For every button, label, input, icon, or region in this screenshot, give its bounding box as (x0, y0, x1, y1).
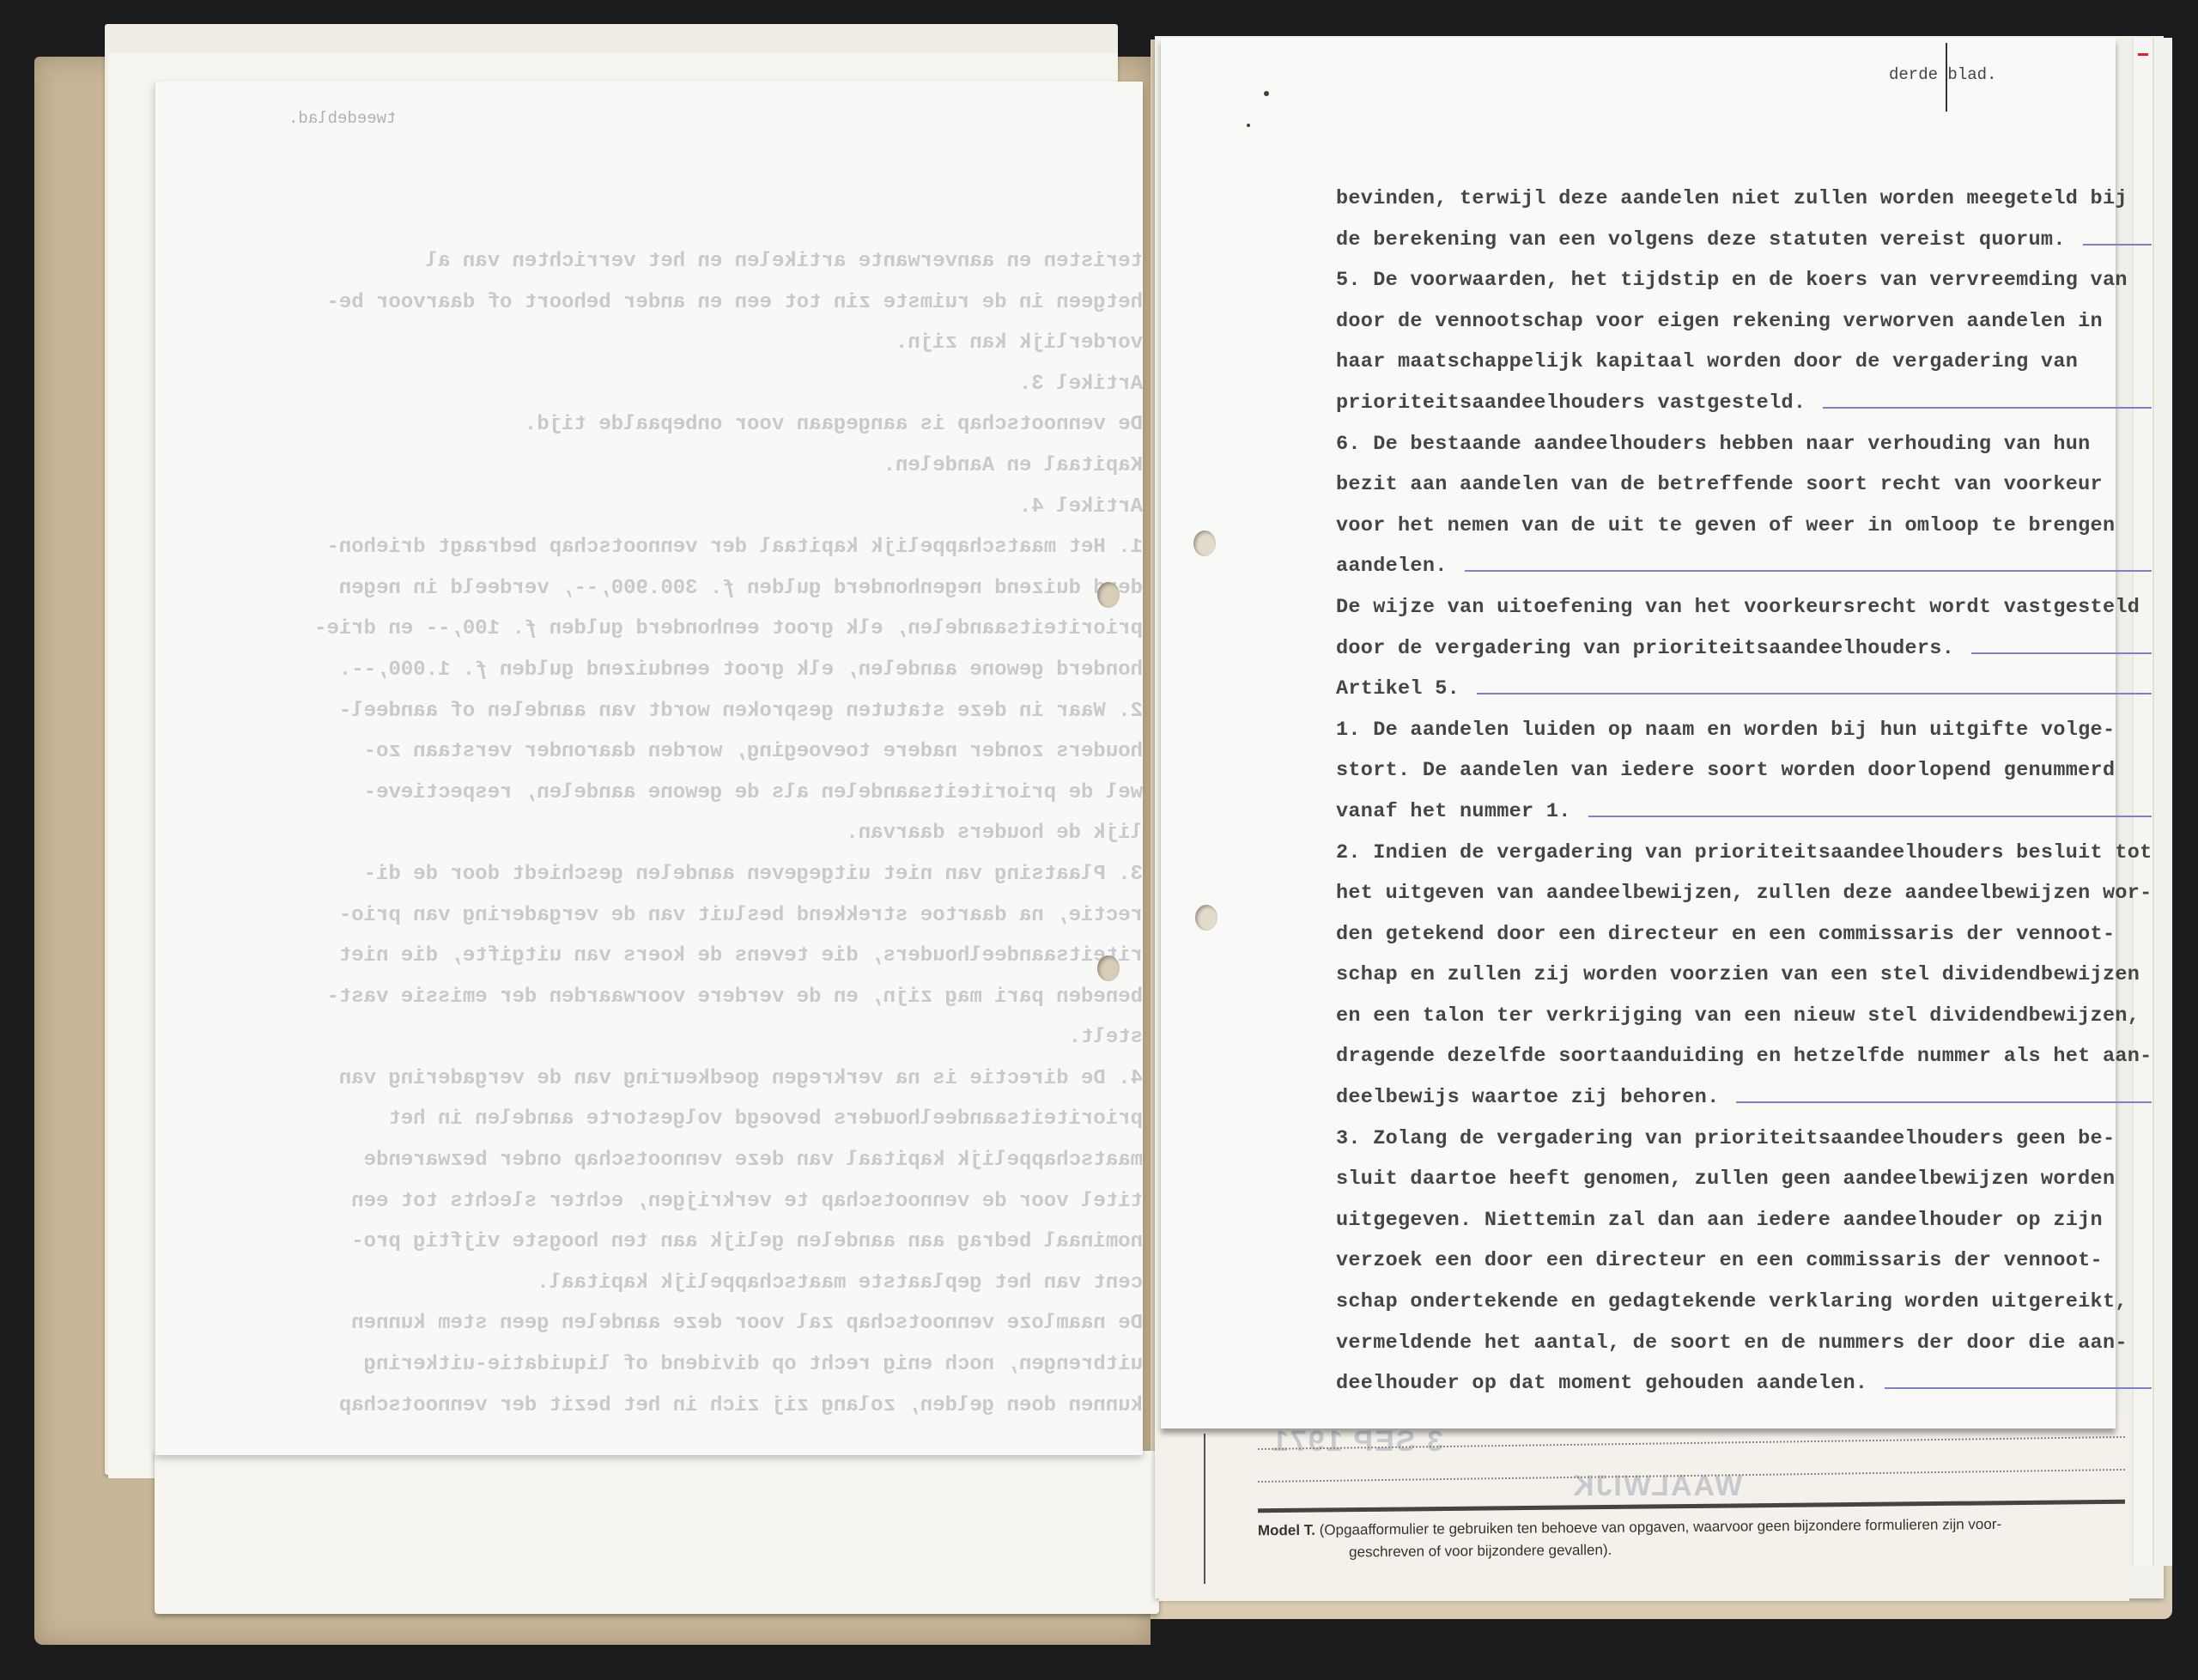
pen-fill-rule (1736, 1101, 2152, 1103)
speck (1264, 91, 1269, 96)
mirrored-line: maatschappelijk kapitaal van deze vennoo… (258, 1140, 1143, 1181)
mirrored-line: stelt. (258, 1017, 1143, 1058)
punch-hole (1097, 582, 1120, 608)
text-line-content: bevinden, terwijl deze aandelen niet zul… (1336, 187, 2128, 210)
text-line-content: uitgegeven. Niettemin zal dan aan iedere… (1336, 1209, 2103, 1232)
text-line: het uitgeven van aandeelbewijzen, zullen… (1336, 873, 2126, 914)
mirrored-line: honderd gewone aandelen, elk groot eendu… (258, 650, 1143, 691)
text-line-content: 2. Indien de vergadering van prioriteits… (1336, 841, 2152, 864)
mirrored-line: beneden pari mag zijn, en de verdere voo… (258, 977, 1143, 1018)
form-margin-rule (1204, 1434, 1205, 1584)
red-tab-mark (2138, 53, 2148, 56)
text-line-content: den getekend door een directeur en een c… (1336, 923, 2115, 946)
punch-hole (1195, 905, 1217, 931)
mirrored-line: 1. Het maatschappelijk kapitaal der venn… (258, 527, 1143, 568)
mirrored-lines: teristen en aanverwante artikelen en het… (258, 241, 1143, 1426)
text-line: bevinden, terwijl deze aandelen niet zul… (1336, 179, 2126, 220)
text-line: haar maatschappelijk kapitaal worden doo… (1336, 342, 2126, 383)
mirrored-line: titel voor de vennootschap te verkrijgen… (258, 1181, 1143, 1222)
pen-fill-rule (1971, 652, 2152, 654)
text-line: uitgegeven. Niettemin zal dan aan iedere… (1336, 1200, 2126, 1241)
form-caption: Model T. (Opgaafformulier te gebruiken t… (1258, 1513, 2125, 1565)
mirrored-line: riteitsaandeelhouders, die tevens de koe… (258, 936, 1143, 977)
text-line-content: deelhouder op dat moment gehouden aandel… (1336, 1372, 1867, 1395)
text-line: prioriteitsaandeelhouders vastgesteld. (1336, 383, 2126, 424)
mirrored-line: Kapitaal en Aandelen. (258, 446, 1143, 487)
punch-hole (1193, 531, 1216, 556)
pen-fill-rule (1477, 693, 2152, 694)
text-line: aandelen. (1336, 546, 2126, 587)
text-line-content: 3. Zolang de vergadering van prioriteits… (1336, 1127, 2115, 1150)
text-line-content: sluit daartoe heeft genomen, zullen geen… (1336, 1168, 2115, 1191)
text-line-content: door de vennootschap voor eigen rekening… (1336, 310, 2103, 333)
text-line-content: stort. De aandelen van iedere soort word… (1336, 759, 2115, 782)
text-line-content: vanaf het nummer 1. (1336, 800, 1571, 823)
mirrored-line: prioriteitsaandelen, elk groot eenhonder… (258, 609, 1143, 650)
text-line: 2. Indien de vergadering van prioriteits… (1336, 833, 2126, 874)
text-line-content: deelbewijs waartoe zij behoren. (1336, 1086, 1719, 1109)
text-line-content: schap en zullen zij worden voorzien van … (1336, 963, 2140, 986)
mirrored-line: rectie, na daartoe strekkend besluit van… (258, 895, 1143, 937)
mirrored-line: prioriteitsaandeelhouders bevoegd volges… (258, 1099, 1143, 1140)
mirrored-line: 2. Waar in deze statuten gesproken wordt… (258, 691, 1143, 732)
mirrored-bleed-through-text: tweedeblad. teristen en aanverwante arti… (155, 82, 1143, 1455)
form-model-label: Model T. (1258, 1522, 1315, 1539)
mirrored-line: hetgeen in de ruimste zin tot een en and… (258, 282, 1143, 324)
speck (1247, 124, 1250, 127)
mirrored-line: derd duizend negenhonderd gulden ƒ. 300.… (258, 568, 1143, 610)
text-line: 3. Zolang de vergadering van prioriteits… (1336, 1119, 2126, 1160)
mirrored-line: Artikel 4. (258, 487, 1143, 528)
text-line: De wijze van uitoefening van het voorkeu… (1336, 587, 2126, 628)
text-line: stort. De aandelen van iedere soort word… (1336, 750, 2126, 791)
text-line-content: de berekening van een volgens deze statu… (1336, 228, 2066, 252)
mirrored-line: kunnen doen gelden, zolang zij zich in h… (258, 1386, 1143, 1427)
form-caption-line2: geschreven of voor bijzondere gevallen). (1258, 1535, 2125, 1565)
right-page-header: derde blad. (1889, 65, 1996, 84)
text-line: vermeldende het aantal, de soort en de n… (1336, 1323, 2126, 1364)
mirrored-line: cent van het geplaatste maatschappelijk … (258, 1263, 1143, 1304)
text-line: de berekening van een volgens deze statu… (1336, 220, 2126, 261)
text-line-content: door de vergadering van prioriteitsaande… (1336, 637, 1954, 660)
mirrored-line: nominaal bedrag aan aandelen gelijk aan … (258, 1222, 1143, 1263)
stamp-ghost-date: 3 SEP 1971 (1271, 1425, 1443, 1459)
left-page-header: tweedeblad. (288, 109, 396, 128)
text-line-content: het uitgeven van aandeelbewijzen, zullen… (1336, 882, 2152, 905)
mirrored-line: uitbrengen, noch enig recht op dividend … (258, 1344, 1143, 1386)
text-line-content: prioriteitsaandeelhouders vastgesteld. (1336, 391, 1806, 415)
text-line: deelhouder op dat moment gehouden aandel… (1336, 1363, 2126, 1404)
pen-fill-rule (1823, 407, 2152, 409)
mirrored-line: lijk de houders daarvan. (258, 813, 1143, 854)
text-line: door de vennootschap voor eigen rekening… (1336, 301, 2126, 343)
text-line: deelbewijs waartoe zij behoren. (1336, 1077, 2126, 1119)
form-caption-line1: (Opgaafformulier te gebruiken ten behoev… (1320, 1516, 2002, 1538)
text-line-content: bezit aan aandelen van de betreffende so… (1336, 473, 2103, 496)
text-line: 1. De aandelen luiden op naam en worden … (1336, 710, 2126, 751)
text-line-content: en een talon ter verkrijging van een nie… (1336, 1004, 2140, 1028)
text-line-content: dragende dezelfde soortaanduiding en het… (1336, 1045, 2152, 1068)
text-line-content: voor het nemen van de uit te geven of we… (1336, 514, 2115, 537)
text-line-content: aandelen. (1336, 555, 1448, 578)
text-line: schap en zullen zij worden voorzien van … (1336, 955, 2126, 996)
pen-fill-rule (1885, 1387, 2152, 1389)
text-line: 6. De bestaande aandeelhouders hebben na… (1336, 424, 2126, 465)
pen-fill-rule (2083, 244, 2152, 246)
left-bottom-sheet (155, 1451, 1159, 1614)
text-line: den getekend door een directeur en een c… (1336, 914, 2126, 955)
text-line-content: Artikel 5. (1336, 677, 1460, 701)
pen-fill-rule (1465, 570, 2152, 572)
pen-fill-rule (1588, 816, 2152, 817)
text-line: vanaf het nummer 1. (1336, 791, 2126, 833)
right-page-sheet: derde blad. bevinden, terwijl deze aande… (1161, 38, 2116, 1428)
text-line-content: vermeldende het aantal, de soort en de n… (1336, 1331, 2128, 1355)
text-line-content: verzoek een door een directeur en een co… (1336, 1249, 2103, 1272)
text-line: door de vergadering van prioriteitsaande… (1336, 628, 2126, 670)
mirrored-line: teristen en aanverwante artikelen en het… (258, 241, 1143, 282)
model-t-form-sheet: 3 SEP 1971 WAALWIJK Model T. (Opgaafform… (1159, 1416, 2129, 1601)
text-line: bezit aan aandelen van de betreffende so… (1336, 464, 2126, 506)
text-line: sluit daartoe heeft genomen, zullen geen… (1336, 1159, 2126, 1200)
text-line: Artikel 5. (1336, 669, 2126, 710)
mirrored-line: 4. De directie is na verkregen goedkeuri… (258, 1058, 1143, 1100)
mirrored-line: wel de prioriteitsaandelen als de gewone… (258, 773, 1143, 814)
text-line-content: 1. De aandelen luiden op naam en worden … (1336, 719, 2115, 742)
mirrored-line: Artikel 3. (258, 364, 1143, 405)
text-line: voor het nemen van de uit te geven of we… (1336, 506, 2126, 547)
punch-hole (1097, 955, 1120, 981)
mirrored-line: De naamloze vennootschap zal voor deze a… (258, 1303, 1143, 1344)
text-line-content: haar maatschappelijk kapitaal worden doo… (1336, 350, 2078, 373)
mirrored-line: houders zonder nadere toevoeging, worden… (258, 731, 1143, 773)
text-line: schap ondertekende en gedagtekende verkl… (1336, 1282, 2126, 1323)
left-page-sheet: tweedeblad. teristen en aanverwante arti… (155, 82, 1143, 1455)
mirrored-line: 3. Plaatsing van niet uitgegeven aandele… (258, 854, 1143, 895)
typed-body-text: bevinden, terwijl deze aandelen niet zul… (1336, 179, 2126, 1404)
text-line: dragende dezelfde soortaanduiding en het… (1336, 1036, 2126, 1077)
text-line-content: 5. De voorwaarden, het tijdstip en de ko… (1336, 269, 2128, 292)
text-line: verzoek een door een directeur en een co… (1336, 1240, 2126, 1282)
mirrored-line: De vennootschap is aangegaan voor onbepa… (258, 404, 1143, 446)
mirrored-line: vorderlijk kan zijn. (258, 323, 1143, 364)
text-line-content: schap ondertekende en gedagtekende verkl… (1336, 1290, 2128, 1313)
text-line: 5. De voorwaarden, het tijdstip en de ko… (1336, 260, 2126, 301)
text-line-content: 6. De bestaande aandeelhouders hebben na… (1336, 433, 2091, 456)
text-line: en een talon ter verkrijging van een nie… (1336, 996, 2126, 1037)
text-line-content: De wijze van uitoefening van het voorkeu… (1336, 596, 2140, 619)
